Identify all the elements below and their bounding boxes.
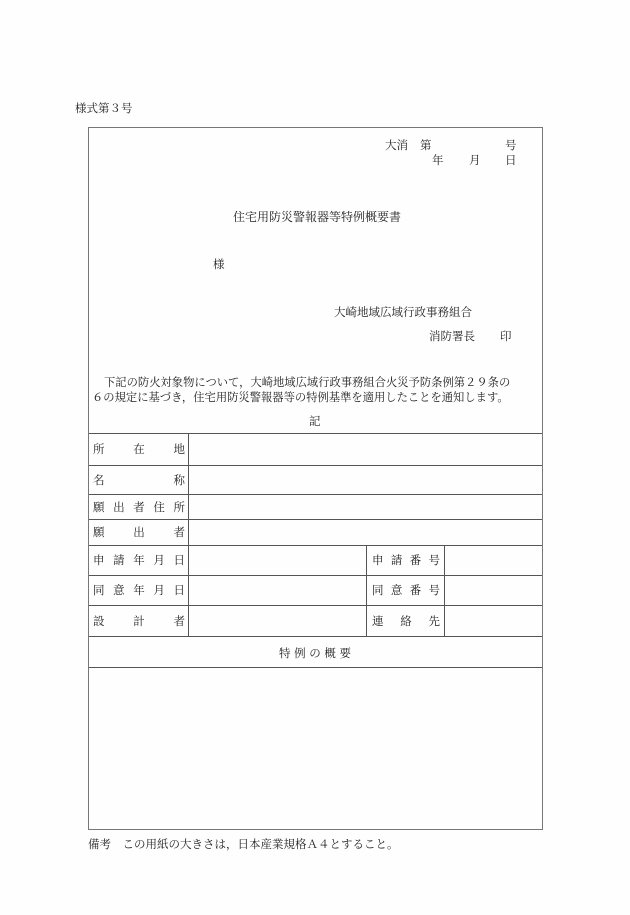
summary-header: 特 例 の 概 要 xyxy=(89,645,541,661)
label-application-date: 申請年月日 xyxy=(93,545,185,575)
value-applicant[interactable] xyxy=(193,522,538,542)
document-title: 住宅用防災警報器等特例概要書 xyxy=(233,208,401,225)
value-application-number[interactable] xyxy=(449,549,539,571)
value-name[interactable] xyxy=(193,469,538,491)
label-consent-number: 同意番号 xyxy=(372,575,440,605)
label-name: 名称 xyxy=(93,465,185,494)
value-contact[interactable] xyxy=(449,609,539,631)
value-applicant-address[interactable] xyxy=(193,497,538,517)
table-divider xyxy=(444,545,445,636)
label-consent-date: 同意年月日 xyxy=(93,575,185,605)
ki-label: 記 xyxy=(309,413,321,429)
summary-content[interactable] xyxy=(93,672,537,822)
value-consent-date[interactable] xyxy=(193,579,361,601)
ref-go: 号 xyxy=(505,137,517,153)
label-application-number: 申請番号 xyxy=(372,545,440,575)
label-designer: 設計者 xyxy=(93,605,185,636)
value-location[interactable] xyxy=(193,438,538,460)
issuer-org: 大崎地域広域行政事務組合 xyxy=(334,304,472,320)
notice-form: 大消 第 号 年 月 日 住宅用防災警報器等特例概要書 様 大崎地域広域行政事務… xyxy=(88,127,543,830)
table-line xyxy=(89,667,542,668)
ref-dai: 第 xyxy=(420,137,432,153)
ref-prefix: 大消 xyxy=(385,137,408,153)
body-line-1: 下記の防火対象物について，大崎地域広域行政事務組合火災予防条例第２９条の xyxy=(104,374,510,390)
value-designer[interactable] xyxy=(193,609,361,631)
date-year: 年 xyxy=(432,152,444,168)
label-applicant-address: 願出者住所 xyxy=(93,494,185,519)
seal-mark: 印 xyxy=(500,328,512,344)
addressee-suffix: 様 xyxy=(213,256,225,272)
footer-note: 備考 この用紙の大きさは，日本産業規格Ａ４とすること。 xyxy=(88,836,399,852)
label-contact: 連絡先 xyxy=(372,605,440,636)
table-divider xyxy=(188,433,189,636)
date-day: 日 xyxy=(505,152,517,168)
table-divider xyxy=(366,545,367,636)
issuer-title: 消防署長 xyxy=(429,328,475,344)
label-location: 所在地 xyxy=(93,433,185,465)
form-number: 様式第３号 xyxy=(75,100,133,116)
value-application-date[interactable] xyxy=(193,549,361,571)
table-line xyxy=(89,636,542,637)
date-month: 月 xyxy=(469,152,481,168)
body-line-2: ６の規定に基づき，住宅用防災警報器等の特例基準を適用したことを通知します。 xyxy=(92,389,509,405)
label-applicant: 願出者 xyxy=(93,519,185,545)
value-consent-number[interactable] xyxy=(449,579,539,601)
